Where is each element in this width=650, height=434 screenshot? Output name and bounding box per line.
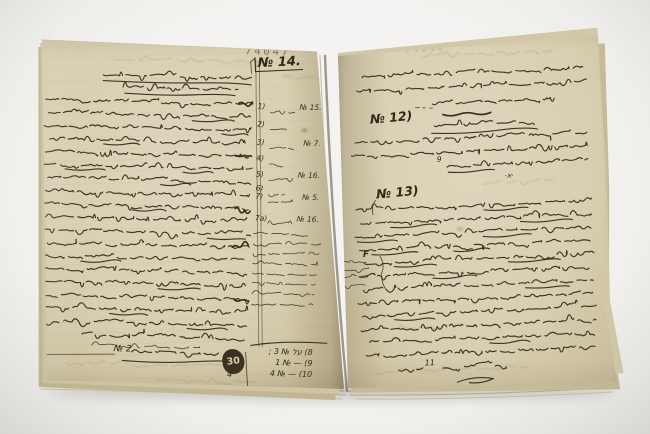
citation-prefix: 4) <box>256 154 264 163</box>
footnote-ref: 9) — № 1 <box>242 357 312 368</box>
citation-ref: № 16. <box>297 215 319 225</box>
footer-small-number: 4 <box>227 371 232 379</box>
citation-row: 3)№ 7. <box>255 137 321 148</box>
citation-row: 2) <box>255 119 321 130</box>
citation-prefix: 3) <box>257 138 265 147</box>
footer-ref: № 2 <box>114 345 132 354</box>
citation-row: 4) <box>254 153 320 164</box>
section-label-14: № 14. <box>254 55 303 72</box>
citation-ref: № 7. <box>303 139 321 148</box>
right-page-content: 74046 № 12) № 13) 9 ·א· F 11 <box>326 18 634 402</box>
citation-row: 5)№ 16. <box>254 169 320 180</box>
margin-mark-f: F <box>363 251 370 260</box>
citation-row: 1)№ 15. <box>256 101 322 112</box>
manuscript-photo: 4. 74047 № 14. 1)№ 15. 2) 3)№ 7. 4) 5)№ … <box>0 0 650 434</box>
citation-ref: № 5. <box>302 193 320 202</box>
inline-ref-9: 9 <box>437 156 442 164</box>
footnote-ref: 8) על № 3 ; <box>243 346 313 357</box>
approval-number: 30 <box>226 355 240 367</box>
right-page-handwriting <box>326 18 634 402</box>
inline-ref-11: 11 <box>424 359 435 367</box>
footnote-ref: 10) — № 4 <box>242 368 312 379</box>
right-page: 74046 № 12) № 13) 9 ·א· F 11 <box>334 24 626 396</box>
citation-ref: № 16. <box>298 171 320 181</box>
citation-prefix: 7а) <box>255 214 268 223</box>
citation-prefix: 1) <box>258 102 266 111</box>
left-page-content: 4. 74047 № 14. 1)№ 15. 2) 3)№ 7. 4) 5)№ … <box>36 32 351 395</box>
citation-row: 7)№ 5. <box>253 191 319 202</box>
citation-prefix: 7) <box>255 192 263 201</box>
divider-mark: ·א· <box>504 173 513 180</box>
citation-ref: № 15. <box>299 103 321 113</box>
citation-prefix: 2) <box>257 120 265 129</box>
citation-prefix: 5) <box>256 170 264 179</box>
left-page: 4. 74047 № 14. 1)№ 15. 2) 3)№ 7. 4) 5)№ … <box>40 36 346 392</box>
citation-row: 7а)№ 16. <box>253 213 319 224</box>
